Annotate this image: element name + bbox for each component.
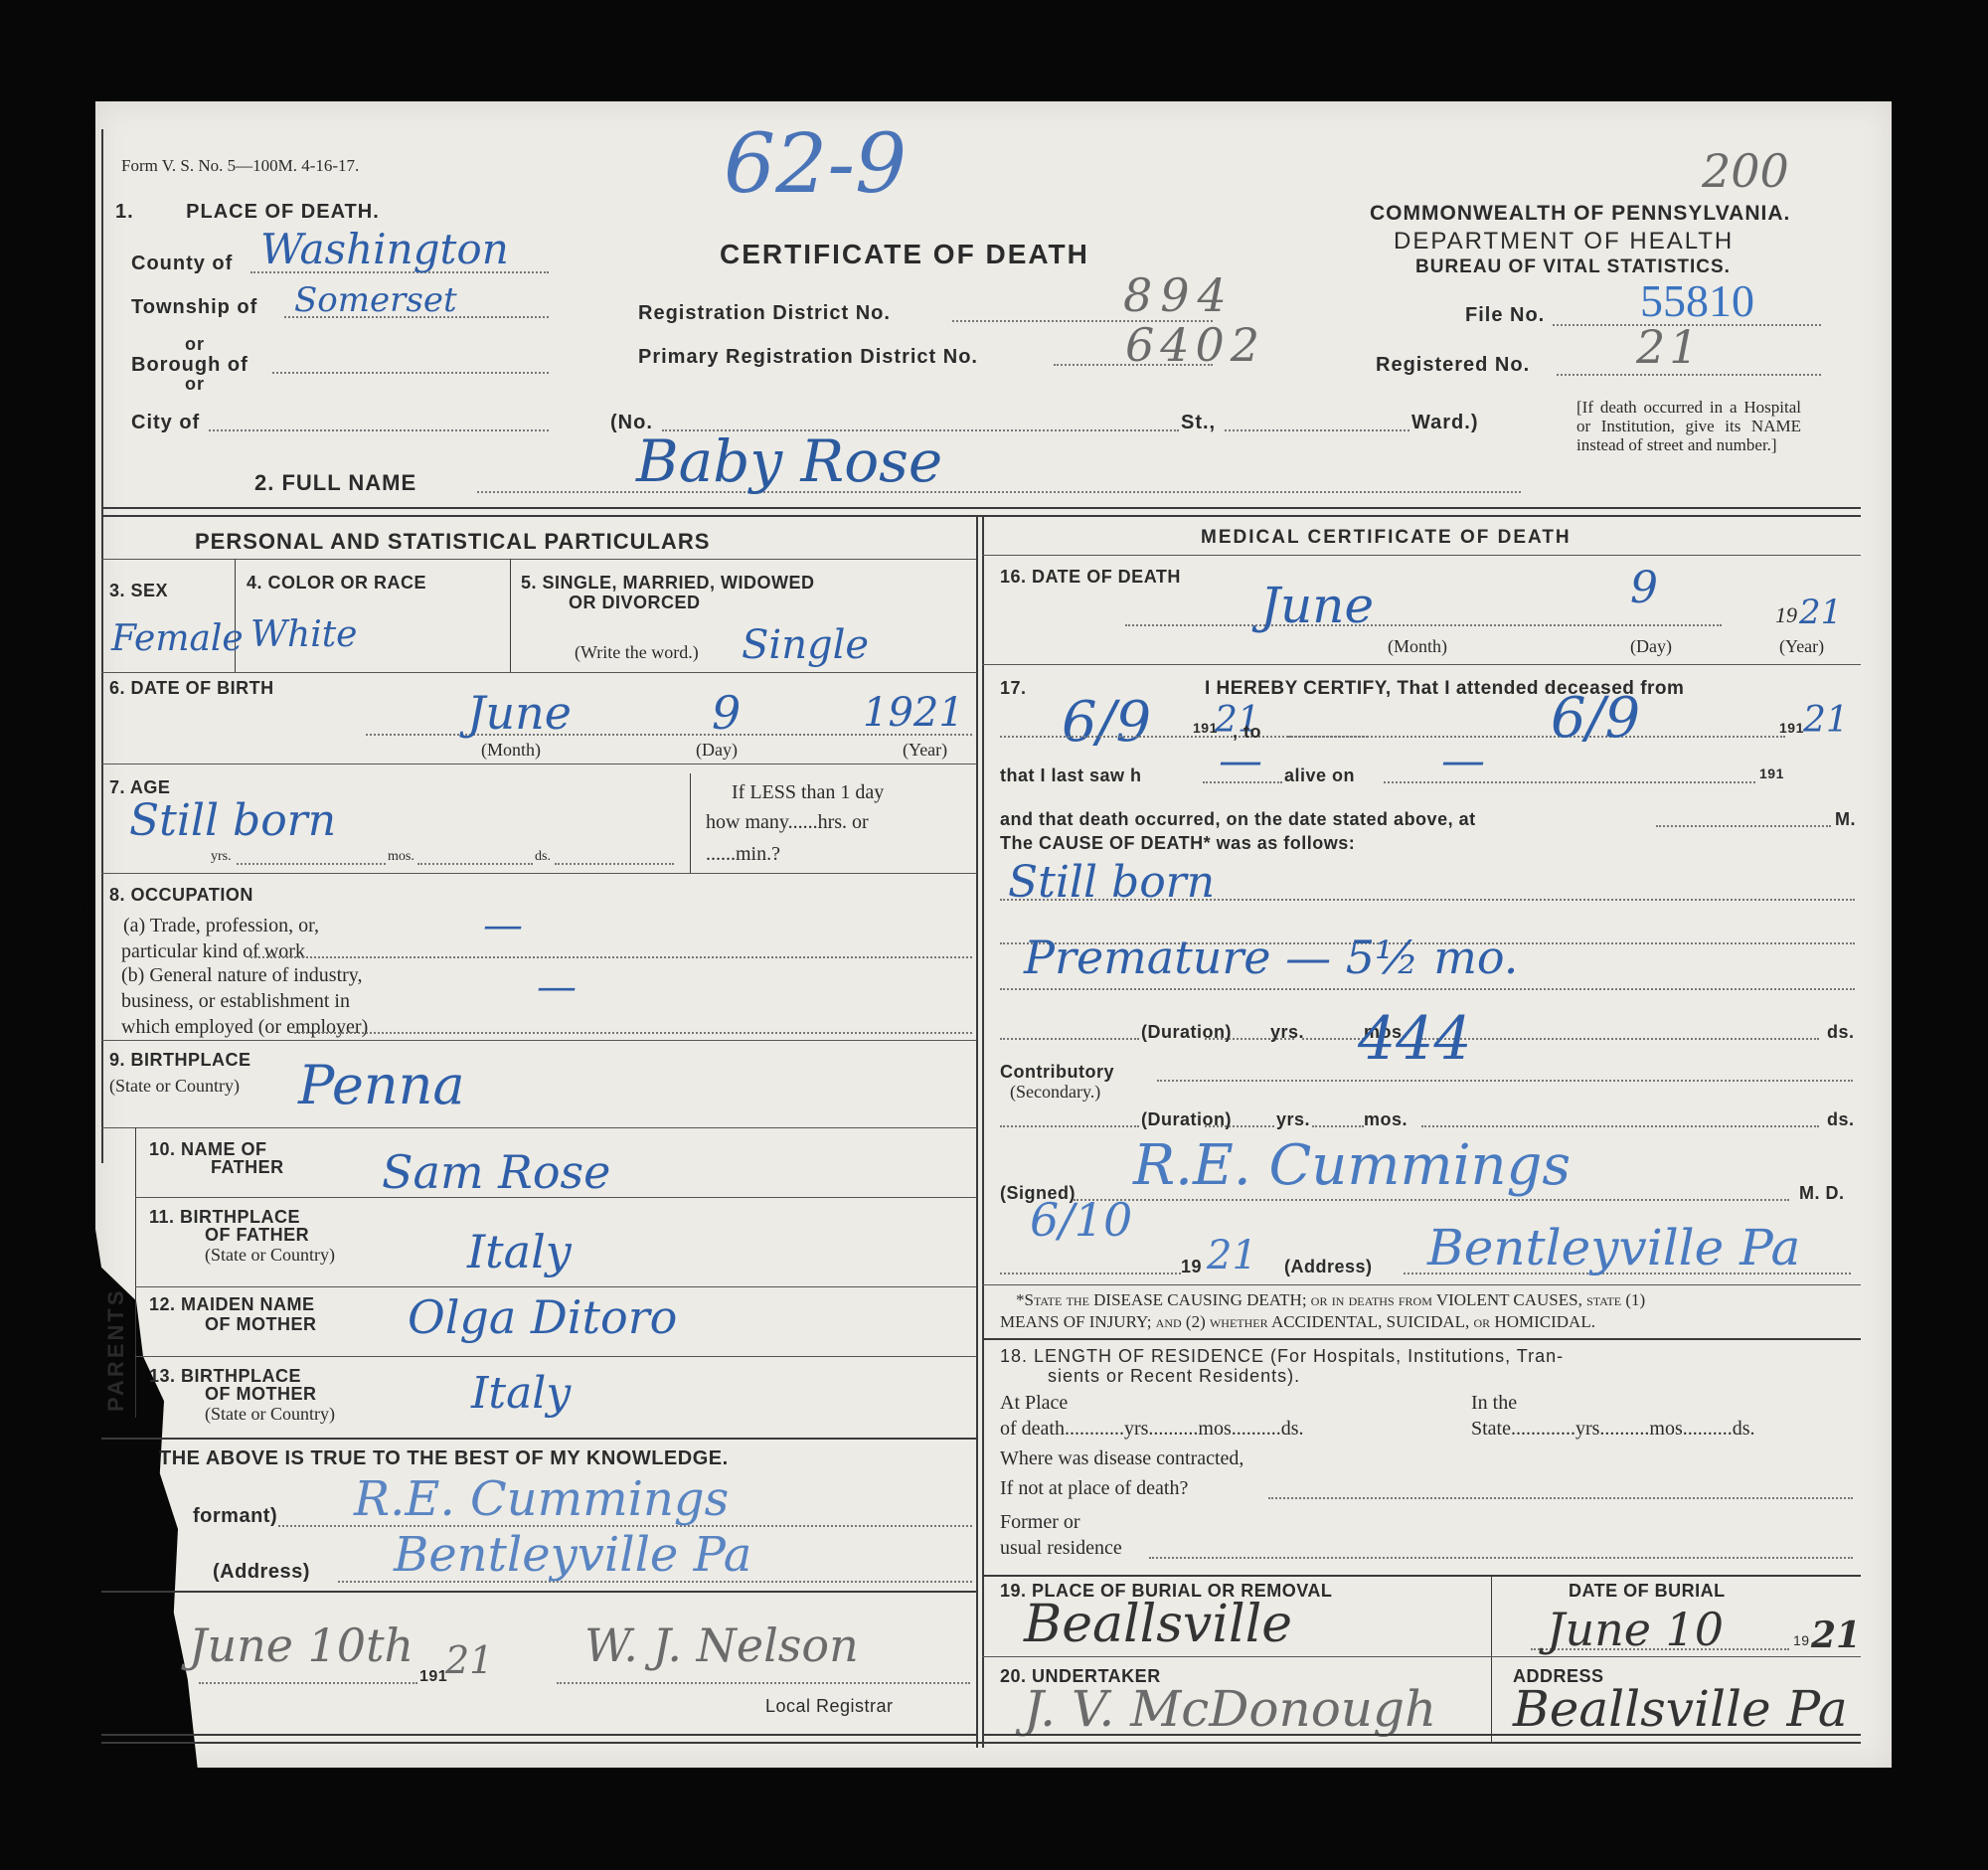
dod-line [1125,624,1722,626]
rule [101,672,976,673]
informant-value[interactable]: R.E. Cummings [354,1471,729,1527]
county-label: County of [131,253,233,275]
ward-label: Ward.) [1411,412,1478,434]
former-label: Former or [1000,1511,1080,1534]
birthplace-label: 9. BIRTHPLACE [109,1050,251,1071]
duration-2-ds: ds. [1827,1109,1855,1130]
footnote-line-1: *State the DISEASE CAUSING DEATH; or in … [1016,1290,1645,1310]
rule [135,1197,976,1198]
signed-address-value[interactable]: Bentleyville Pa [1427,1219,1800,1276]
rule [101,1742,1861,1744]
attended-to-year[interactable]: 21 [1803,700,1849,741]
township-value[interactable]: Somerset [294,280,457,320]
parents-side-label: PARENTS [103,1288,129,1413]
sex-label: 3. SEX [109,581,168,601]
occupation-a-value[interactable]: — [483,903,523,948]
less-than-day-1: If LESS than 1 day [732,781,884,804]
duration-1-ds-line [1421,1038,1819,1040]
age-yrs-line [237,863,386,865]
cause-line-3-dots [1000,988,1855,990]
full-name-value[interactable]: Baby Rose [636,427,942,495]
alive-on-year-prefix: 191 [1759,765,1784,781]
duration-1-mos-line [1302,1038,1364,1040]
age-ds-label: ds. [535,849,551,865]
township-label: Township of [131,296,257,319]
filed-date[interactable]: June 10th [189,1618,414,1672]
city-label: City of [131,412,200,434]
rule [982,1734,1861,1736]
father-name-label-2: FATHER [211,1157,284,1178]
filed-date-line [199,1682,417,1684]
mother-birthplace-label-2: OF MOTHER [205,1384,317,1405]
ward-line [1225,429,1409,431]
registrar-label: Local Registrar [765,1696,894,1717]
md-label: M. D. [1799,1183,1845,1204]
column-divider [976,515,978,1748]
mother-maiden-value[interactable]: Olga Ditoro [408,1290,677,1344]
burial-place-value[interactable]: Beallsville [1024,1595,1292,1654]
contracted-label-2: If not at place of death? [1000,1477,1188,1500]
rule [982,1575,1861,1577]
filed-year[interactable]: 21 [445,1638,493,1682]
father-birthplace-sub: (State or Country) [205,1245,335,1266]
dob-day[interactable]: 9 [712,686,741,740]
attended-to-year-prefix: 191 [1779,720,1804,736]
mother-birthplace-value[interactable]: Italy [471,1368,571,1419]
top-right-annotation: 200 [1702,144,1789,198]
column-divider-2 [982,515,984,1748]
rule [982,555,1861,556]
duration-1-ds: ds. [1827,1022,1855,1043]
footnote-line-2: MEANS OF INJURY; and (2) whether ACCIDEN… [1000,1312,1595,1332]
dob-month-caption: (Month) [481,740,541,761]
place-of-death-label: 1. PLACE OF DEATH. [115,201,380,224]
filed-year-prefix: 191 [419,1668,447,1686]
divider-top-1 [101,507,1861,509]
borough-line [272,372,549,374]
contributory-sub: (Secondary.) [1010,1082,1100,1103]
death-time-line [1656,825,1831,827]
registrar-line [557,1682,970,1684]
dod-day-caption: (Day) [1630,636,1672,657]
registration-district-label: Registration District No. [638,302,891,325]
rule [982,664,1861,665]
contributory-label: Contributory [1000,1062,1114,1083]
personal-header: PERSONAL AND STATISTICAL PARTICULARS [195,529,710,555]
less-than-day-2: how many......hrs. or [706,811,869,834]
former-label-2: usual residence [1000,1537,1122,1560]
age-ds-line [555,863,674,865]
burial-date-value[interactable]: June 10 [1547,1603,1724,1656]
medical-header: MEDICAL CERTIFICATE OF DEATH [1201,527,1572,549]
rule [982,1656,1861,1657]
cause-label: The CAUSE OF DEATH* was as follows: [1000,833,1355,854]
occupation-b-1: (b) General nature of industry, [121,964,363,987]
dod-month-caption: (Month) [1388,636,1447,657]
top-annotation-number: 62-9 [724,117,907,212]
alive-on-line [1384,781,1755,783]
signed-year-prefix: 19 [1181,1257,1202,1277]
signed-value[interactable]: R.E. Cummings [1133,1133,1571,1198]
rule [101,1438,976,1440]
sex-value[interactable]: Female [111,618,244,659]
in-state-label: In the [1471,1392,1517,1415]
occupation-label: 8. OCCUPATION [109,885,253,906]
contributory-line [1157,1080,1853,1082]
street-label: St., [1181,412,1216,434]
signed-date-line [1000,1273,1181,1275]
rule [135,1127,136,1418]
burial-year-prefix: 19 [1793,1632,1810,1648]
m-label: M. [1835,809,1856,830]
race-label: 4. COLOR OR RACE [247,573,426,594]
undertaker-value[interactable]: J. V. McDonough [1024,1680,1436,1738]
divider-top-2 [101,515,1861,517]
age-value[interactable]: Still born [129,795,336,846]
occupation-b-line [294,1032,972,1034]
informant-address-label: (Address) [213,1561,310,1584]
marital-hint: (Write the word.) [575,642,699,663]
duration-2-yrs-line [1205,1125,1274,1127]
informant-address-value[interactable]: Bentleyville Pa [394,1527,751,1583]
form-number: Form V. S. No. 5—100M. 4-16-17. [121,156,359,176]
rule [101,1734,976,1736]
cause-line-1-dots [1000,899,1855,901]
former-line [1149,1557,1853,1559]
city-line [209,429,549,431]
full-name-line [477,491,1521,493]
residence-label-2: sients or Recent Residents). [1048,1366,1300,1387]
rule [135,1356,976,1357]
signed-line [1074,1199,1789,1201]
informant-label: formant) [193,1505,277,1528]
duration-2-ds-line [1421,1125,1819,1127]
occupation-a-line [250,956,972,958]
age-mos-label: mos. [388,849,414,865]
dob-label: 6. DATE OF BIRTH [109,678,274,699]
marital-label: 5. SINGLE, MARRIED, WIDOWED [521,573,815,594]
rule [982,1284,1861,1285]
rule [690,773,691,873]
dod-label: 16. DATE OF DEATH [1000,567,1181,588]
less-than-day-3: ......min.? [706,843,780,866]
registrar-signature[interactable]: W. J. Nelson [584,1618,859,1672]
birthplace-sub: (State or Country) [109,1076,240,1097]
or-label-1: or [185,334,205,355]
dob-year[interactable]: 1921 [863,690,964,736]
signed-date[interactable]: 6/10 [1030,1193,1132,1247]
marital-value[interactable]: Single [742,622,869,668]
father-birthplace-label-2: OF FATHER [205,1225,309,1246]
rule [101,1040,976,1041]
duration-2-line [1000,1125,1139,1127]
rule [101,1127,976,1128]
signed-address-label: (Address) [1284,1257,1373,1277]
primary-registration-value[interactable]: 6402 [1125,318,1265,372]
file-no-label: File No. [1465,304,1545,327]
registered-no-line [1557,374,1821,376]
attended-from[interactable]: 6/9 [1062,690,1151,755]
race-value[interactable]: White [250,614,357,655]
rule [1491,1575,1492,1742]
rule [982,1338,1861,1340]
rule [135,1286,976,1287]
alive-on-value[interactable]: — [1441,736,1485,786]
certificate-title: CERTIFICATE OF DEATH [720,239,1089,270]
marital-label-2: OR DIVORCED [569,593,701,613]
age-mos-line [417,863,533,865]
registered-no-value[interactable]: 21 [1636,320,1703,374]
alive-on-label: alive on [1284,765,1355,786]
attended-to[interactable]: 6/9 [1551,686,1640,751]
mother-birthplace-sub: (State or Country) [205,1404,335,1425]
occupation-b-value[interactable]: — [537,964,577,1010]
at-place-line: of death............yrs..........mos....… [1000,1418,1304,1441]
dod-year-caption: (Year) [1779,636,1824,657]
primary-registration-label: Primary Registration District No. [638,346,978,369]
dod-year[interactable]: 21 [1799,593,1842,632]
duration-2-mos-line [1312,1125,1364,1127]
duration-1-yrs: yrs. [1270,1022,1304,1043]
hospital-note: [If death occurred in a Hospital or Inst… [1576,398,1801,454]
dod-month[interactable]: June [1260,577,1374,634]
dod-year-prefix: 19 [1775,602,1797,628]
burial-year-value[interactable]: 21 [1811,1615,1861,1656]
at-place-label: At Place [1000,1392,1068,1415]
torn-edge [60,686,91,1223]
mother-maiden-label-2: OF MOTHER [205,1314,317,1335]
dod-day[interactable]: 9 [1630,563,1658,613]
or-label-2: or [185,374,205,395]
certify-number: 17. [1000,678,1027,699]
occupation-a-1: (a) Trade, profession, or, [123,915,319,937]
in-state-line: State.............yrs..........mos......… [1471,1418,1755,1441]
contracted-label: Where was disease contracted, [1000,1447,1243,1470]
duration-1-line [1000,1038,1139,1040]
burial-date-label: DATE OF BURIAL [1569,1581,1726,1602]
left-border [101,129,103,1163]
full-name-label: 2. FULL NAME [254,470,416,496]
rule [101,764,976,765]
occupation-b-2: business, or establishment in [121,990,350,1013]
registered-no-label: Registered No. [1376,354,1530,377]
county-value[interactable]: Washington [260,225,509,273]
signed-year[interactable]: 21 [1207,1233,1257,1278]
age-yrs-label: yrs. [211,849,232,865]
death-time-label: and that death occurred, on the date sta… [1000,809,1476,830]
attestation: THE ABOVE IS TRUE TO THE BEST OF MY KNOW… [159,1447,729,1470]
issuer-line2: DEPARTMENT OF HEALTH [1394,228,1734,255]
birthplace-value[interactable]: Penna [298,1054,465,1116]
dob-month[interactable]: June [467,686,572,740]
dob-year-caption: (Year) [903,740,947,761]
duration-2-yrs: yrs. [1276,1109,1310,1130]
rule [101,1591,976,1593]
contracted-line [1268,1497,1853,1499]
cause-line-2[interactable]: Premature — 5½ mo. [1024,931,1518,984]
undertaker-address-value[interactable]: Beallsville Pa [1513,1680,1848,1738]
last-saw-value[interactable]: — [1219,736,1262,786]
rule [101,873,976,874]
duration-2-mos: mos. [1364,1109,1408,1130]
dob-day-caption: (Day) [696,740,738,761]
last-saw-label: that I last saw h [1000,765,1142,786]
father-birthplace-value[interactable]: Italy [467,1225,572,1278]
rule [101,559,976,560]
registration-district-value[interactable]: 894 [1123,268,1235,322]
issuer-line1: COMMONWEALTH OF PENNSYLVANIA. [1370,202,1790,226]
father-name-value[interactable]: Sam Rose [382,1145,610,1199]
rule [510,559,511,672]
mother-maiden-label: 12. MAIDEN NAME [149,1294,315,1315]
attended-to-line [1288,736,1785,738]
contributory-code[interactable]: 444 [1358,1004,1472,1074]
occupation-a-2: particular kind of work [121,940,305,963]
occupation-b-3: which employed (or employer) [121,1016,368,1039]
residence-label: 18. LENGTH OF RESIDENCE (For Hospitals, … [1000,1346,1564,1367]
